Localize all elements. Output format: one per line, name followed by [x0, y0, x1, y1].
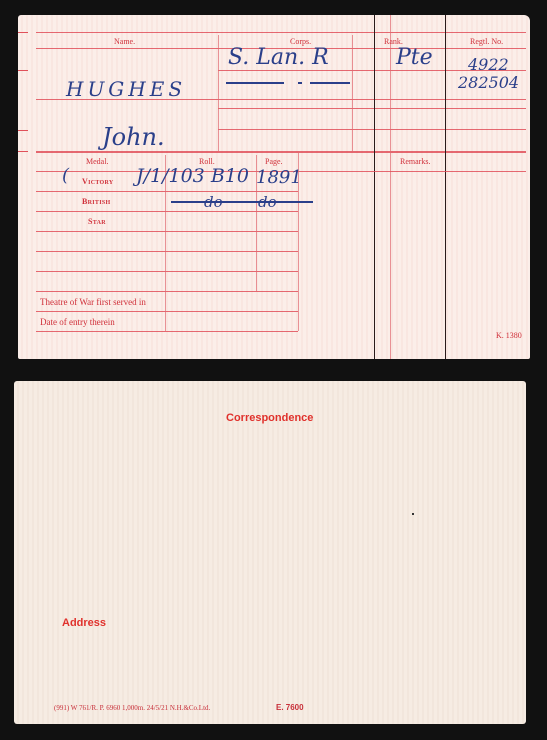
form-code: K. 1380	[496, 331, 522, 340]
column-divider	[218, 35, 219, 151]
margin-line	[18, 151, 28, 152]
page-value: 1891	[256, 167, 302, 188]
print-line: (991) W 761/R. P. 6960 1,000m. 24/5/21 N…	[54, 704, 210, 712]
rule-line	[36, 271, 298, 272]
header-regtl-no: Regtl. No.	[470, 37, 503, 46]
medal-star: Star	[88, 217, 106, 226]
page-ditto: do	[258, 193, 277, 211]
rule-line	[218, 108, 526, 109]
correspondence-title: Correspondence	[226, 412, 313, 424]
ditto-line	[171, 201, 313, 203]
rule-line	[36, 291, 298, 292]
medal-british: British	[82, 197, 110, 206]
medal-victory: Victory	[82, 177, 114, 186]
margin-line	[18, 70, 28, 71]
rank-value: Pte	[396, 45, 433, 70]
rule-line	[36, 231, 298, 232]
header-page: Page.	[265, 157, 283, 166]
corps-value: S. Lan. R	[228, 45, 329, 70]
rule-line	[36, 191, 298, 192]
roll-ditto: do	[204, 193, 223, 211]
forename-value: John.	[102, 123, 165, 151]
column-divider	[390, 15, 391, 359]
date-entry-label: Date of entry therein	[40, 317, 115, 327]
rule-line	[36, 211, 298, 212]
margin-line	[18, 32, 28, 33]
corps-underline	[226, 82, 284, 84]
corps-underline	[298, 82, 302, 84]
rule-line	[36, 311, 298, 312]
regtl-no-value-2: 282504	[458, 73, 519, 92]
roll-value: J/1/103 B10	[136, 165, 249, 187]
corps-underline	[310, 82, 350, 84]
ink-speck	[412, 513, 414, 515]
section-divider	[36, 151, 526, 153]
surname-value: HUGHES	[66, 77, 186, 101]
margin-line	[18, 130, 28, 131]
rule-line	[36, 331, 298, 332]
fold-line	[445, 15, 446, 359]
rule-line	[36, 251, 298, 252]
medal-index-card-front: Name. Corps. Rank. Regtl. No. HUGHES Joh…	[18, 15, 530, 359]
column-divider	[352, 35, 353, 151]
bracket-mark: (	[62, 165, 69, 186]
header-name: Name.	[114, 37, 135, 46]
fold-line	[374, 15, 375, 359]
print-code: E. 7600	[276, 703, 304, 712]
rule-line	[36, 32, 526, 33]
rule-line	[218, 129, 526, 130]
header-remarks: Remarks.	[400, 157, 430, 166]
theatre-label: Theatre of War first served in	[40, 297, 146, 307]
medal-index-card-back: Correspondence Address (991) W 761/R. P.…	[14, 381, 526, 724]
header-medal: Medal.	[86, 157, 108, 166]
address-label: Address	[62, 617, 106, 629]
regtl-no-value-1: 4922	[468, 55, 509, 74]
